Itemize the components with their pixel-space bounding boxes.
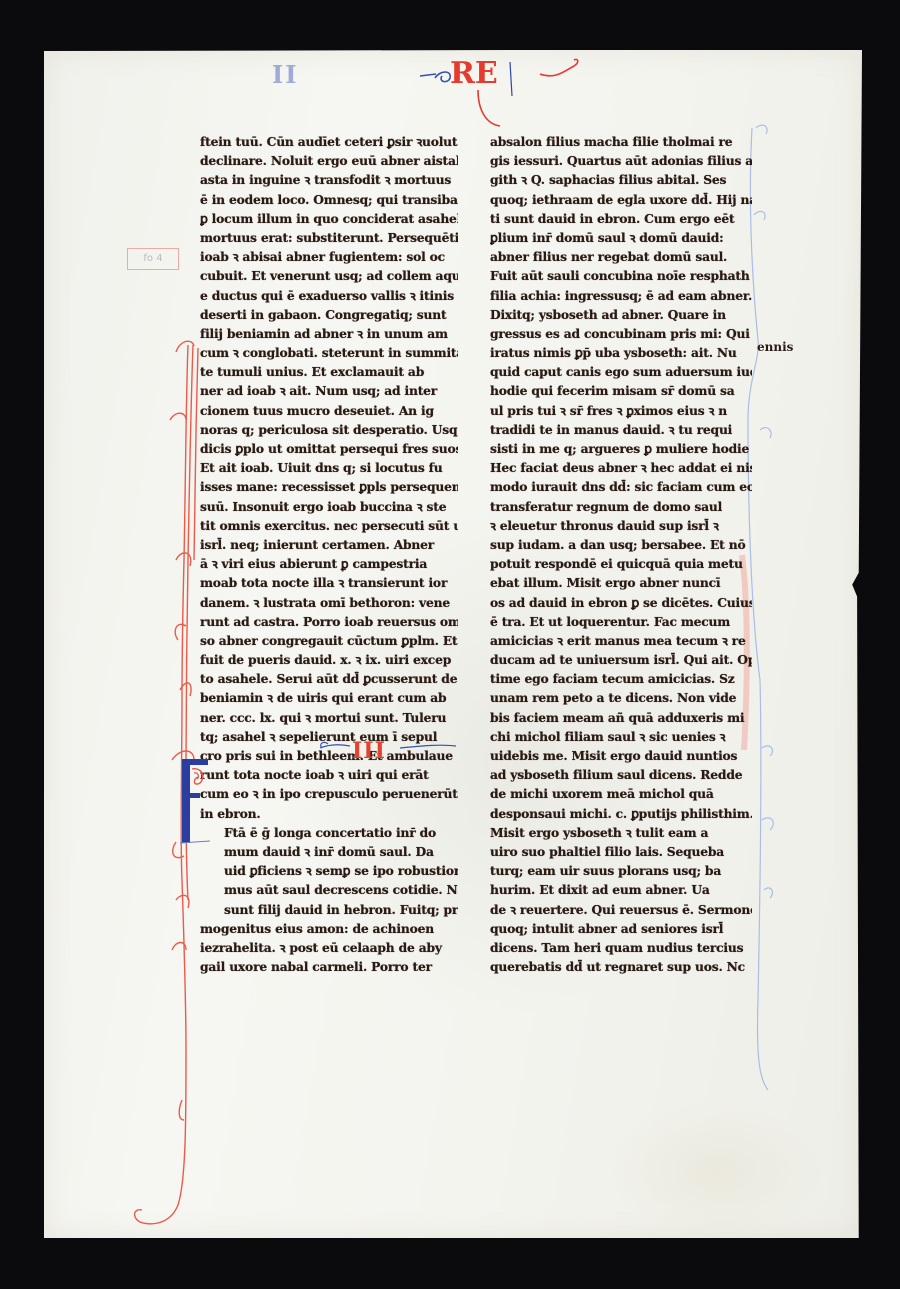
text-line: modo iurauit dns dd̄: sic faciam cum eo.… [490, 477, 752, 496]
text-line: dicens. Tam heri quam nudius tercius [490, 938, 752, 957]
text-line: Ftā ē ḡ longa concertatio inr̄ do [200, 823, 458, 842]
text-line: bis faciem meam añ quā adduxeris mi [490, 708, 752, 727]
text-line: sunt filij dauid in hebron. Fuitq; pri [200, 900, 458, 919]
text-line: cubuit. Et venerunt usq; ad collem aque [200, 266, 458, 285]
initial-letter-f-icon [180, 757, 210, 845]
text-line: mogenitus eius amon: de achinoen [200, 919, 458, 938]
text-line: iezrahelita. ꝛ post eū celaaph de aby [200, 938, 458, 957]
text-line: uidebis me. Misit ergo dauid nuntios [490, 746, 752, 765]
text-line: sisti in me q; argueres ꝑ muliere hodie [490, 439, 752, 458]
text-line: to asahele. Serui aūt dd̄ ꝑcusserunt de [200, 669, 458, 688]
text-line: turq; eam uir suus plorans usq; ba [490, 861, 752, 880]
text-line: gail uxore nabal carmeli. Porro ter [200, 957, 458, 976]
marginal-correction: ennis [757, 340, 793, 354]
text-line: ebat illum. Misit ergo abner nuncī [490, 573, 752, 592]
running-head-book-number: II [272, 60, 298, 89]
text-line: iratus nimis ꝑp̄ uba ysboseth: ait. Nu [490, 343, 752, 362]
text-line: sup iudam. a dan usq; bersabee. Et nō [490, 535, 752, 554]
text-line: ducam ad te uniuersum isrl̄. Qui ait. Op [490, 650, 752, 669]
text-line: potuit respondē ei quicquā quia metu [490, 554, 752, 573]
text-line: isses mane: recessisset ꝑpls persequens … [200, 477, 458, 496]
running-head-title-text: RE [450, 56, 498, 91]
text-line: ē tra. Et ut loquerentur. Fac mecum [490, 612, 752, 631]
text-line: asta in inguine ꝛ transfodit ꝛ mortuus [200, 170, 458, 189]
text-line: tradidi te in manus dauid. ꝛ tu requi [490, 420, 752, 439]
text-line: ti sunt dauid in ebron. Cum ergo eēt [490, 209, 752, 228]
text-line: ul pris tui ꝛ sr̄ fres ꝛ ꝑximos eius ꝛ n [490, 401, 752, 420]
text-line: os ad dauid in ebron ꝑ se dicētes. Cuius [490, 593, 752, 612]
text-line: deserti in gabaon. Congregatiq; sunt [200, 305, 458, 324]
text-line: absalon filius macha filie tholmai re [490, 132, 752, 151]
running-head-title: RE [450, 56, 498, 91]
text-line: cum eo ꝛ in ipo crepusculo peruenerūt [200, 784, 458, 803]
text-line: quoq; iethraam de egla uxore dd̄. Hij na [490, 190, 752, 209]
text-line: e ductus qui ē exaduerso vallis ꝛ itinis [200, 286, 458, 305]
text-line: isrl̄. neq; inierunt certamen. Abner [200, 535, 458, 554]
chapter-number-text: III [352, 738, 386, 764]
text-line: mum dauid ꝛ inr̄ domū saul. Da [200, 842, 458, 861]
text-line: gressus es ad concubinam pris mi: Qui [490, 324, 752, 343]
text-line: uid ꝑficiens ꝛ semꝑ se ipo robustior: do [200, 861, 458, 880]
text-line: Hec faciat deus abner ꝛ hec addat ei nis… [490, 458, 752, 477]
text-line: fuit de pueris dauid. x. ꝛ ix. uiri exce… [200, 650, 458, 669]
text-line: abner filius ner regebat domū saul. [490, 247, 752, 266]
text-line: tq; asahel ꝛ sepelierunt eum ī sepul [200, 727, 458, 746]
text-line: cionem tuus mucro deseuiet. An ig [200, 401, 458, 420]
text-line: gith ꝛ Q. saphacias filius abital. Ses [490, 170, 752, 189]
text-line: dicis ꝑplo ut omittat persequi fres suos… [200, 439, 458, 458]
text-line: Dixitq; ysboseth ad abner. Quare in [490, 305, 752, 324]
text-line: transferatur regnum de domo saul [490, 497, 752, 516]
text-line: cum ꝛ conglobati. steterunt in summitat [200, 343, 458, 362]
text-line: time ego faciam tecum amicicias. Sz [490, 669, 752, 688]
text-line: te tumuli unius. Et exclamauit ab [200, 362, 458, 381]
text-column-left: ftein tuū. Cūn audīet ceteri ꝑsir ꝛuolut… [200, 132, 458, 976]
text-line: mortuus erat: substiterunt. Persequētib;… [200, 228, 458, 247]
text-line: chi michol filiam saul ꝛ sic uenies ꝛ [490, 727, 752, 746]
text-line: hurim. Et dixit ad eum abner. Ua [490, 880, 752, 899]
text-line: ioab ꝛ abisai abner fugientem: sol oc [200, 247, 458, 266]
text-line: cro pris sui in bethleem. Et ambulaue [200, 746, 458, 765]
text-line: unam rem peto a te dicens. Non vide [490, 688, 752, 707]
text-line: querebatis dd̄ ut regnaret sup uos. Nc [490, 957, 752, 976]
text-line: ner ad ioab ꝛ ait. Num usq; ad inter [200, 381, 458, 400]
text-line: noras q; periculosa sit desperatio. Usq;… [200, 420, 458, 439]
text-line: gis iessuri. Quartus aūt adonias filius … [490, 151, 752, 170]
running-head-numeral: II [272, 60, 298, 89]
text-line: amicicias ꝛ erit manus mea tecum ꝛ re [490, 631, 752, 650]
text-line: filij beniamin ad abner ꝛ in unum am [200, 324, 458, 343]
text-line: moab tota nocte illa ꝛ transierunt ior [200, 573, 458, 592]
text-line: so abner congregauit cūctum ꝑplm. Et de [200, 631, 458, 650]
text-line: Fuit aūt sauli concubina noīe resphath [490, 266, 752, 285]
text-line: ad ysboseth filium saul dicens. Redde [490, 765, 752, 784]
text-line: quoq; intulit abner ad seniores isrl̄ [490, 919, 752, 938]
text-line: quid caput canis ego sum aduersum iudam [490, 362, 752, 381]
text-line: suū. Insonuit ergo ioab buccina ꝛ ste [200, 497, 458, 516]
text-line: ā ꝛ viri eius abierunt ꝑ campestria [200, 554, 458, 573]
text-line: runt ad castra. Porro ioab reuersus omis [200, 612, 458, 631]
text-line: danem. ꝛ lustrata omī bethoron: vene [200, 593, 458, 612]
text-line: Misit ergo ysboseth ꝛ tulit eam a [490, 823, 752, 842]
text-line: uiro suo phaltiel filio lais. Sequeba [490, 842, 752, 861]
decorated-initial [180, 757, 210, 845]
text-line: runt tota nocte ioab ꝛ uiri qui erāt [200, 765, 458, 784]
chapter-number: III [352, 738, 386, 764]
text-line: ē in eodem loco. Omnesq; qui transibant [200, 190, 458, 209]
folio-margin-note: fo 4 [127, 248, 179, 270]
text-line: beniamin ꝛ de uiris qui erant cum ab [200, 688, 458, 707]
text-line: Et ait ioab. Uiuit dns q; si locutus fu [200, 458, 458, 477]
running-head: II RE [0, 54, 900, 124]
text-line: ner. ccc. lx. qui ꝛ mortui sunt. Tuleru [200, 708, 458, 727]
text-line: in ebron. [200, 804, 458, 823]
text-line: de ꝛ reuertere. Qui reuersus ē. Sermonē [490, 900, 752, 919]
text-line: declinare. Noluit ergo euū abner aistah [200, 151, 458, 170]
text-line: ꝛ eleuetur thronus dauid sup isrl̄ ꝛ [490, 516, 752, 535]
text-line: filia achia: ingressusq; ē ad eam abner. [490, 286, 752, 305]
text-line: ꝑ locum illum in quo conciderat asahel ꝛ [200, 209, 458, 228]
text-line: ftein tuū. Cūn audīet ceteri ꝑsir ꝛuolut [200, 132, 458, 151]
text-line: hodie qui fecerim misam sr̄ domū sa [490, 381, 752, 400]
text-line: mus aūt saul decrescens cotidie. Natiq; [200, 880, 458, 899]
text-line: ꝑlium inr̄ domū saul ꝛ domū dauid: [490, 228, 752, 247]
text-line: desponsaui michi. c. ꝑputijs philisthim. [490, 804, 752, 823]
text-line: de michi uxorem meā michol quā [490, 784, 752, 803]
text-line: tit omnis exercitus. nec persecuti sūt u… [200, 516, 458, 535]
text-column-right: absalon filius macha filie tholmai re gi… [490, 132, 752, 976]
